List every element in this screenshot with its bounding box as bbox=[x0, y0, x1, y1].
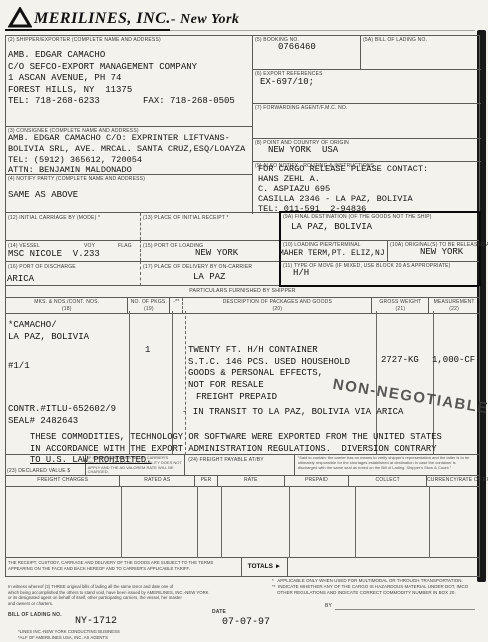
port-loading-value: NEW YORK bbox=[195, 248, 238, 260]
notify-party-label: (4) NOTIFY PARTY (COMPLETE NAME AND ADDR… bbox=[8, 176, 250, 182]
description-main: TWENTY FT. H/H CONTAINER S.T.C. 146 PCS.… bbox=[188, 345, 350, 391]
place-delivery-value: LA PAZ bbox=[193, 272, 225, 284]
freight-header-row: FREIGHT CHARGES RATED AS PER RATE PREPAI… bbox=[6, 476, 479, 487]
footer-date-value: 07-07-97 bbox=[222, 617, 270, 629]
final-destination-label: (9A) FINAL DESTINATION (OF THE GOODS NOT… bbox=[283, 214, 477, 220]
col-weight-num: (21) bbox=[372, 306, 428, 312]
footer-by-line bbox=[335, 609, 475, 610]
col-marks: MKS. & NOS./CONT. NOS. (18) bbox=[6, 298, 128, 313]
consignee-value: AMB. EDGAR CAMACHO C/O: EXPRINTER LIFTVA… bbox=[8, 133, 245, 176]
col-description-label: DESCRIPTION OF PACKAGES AND GOODS bbox=[183, 299, 371, 305]
logo-underline bbox=[5, 29, 170, 31]
measurement-value: 1,000-CF bbox=[432, 355, 475, 367]
originals-value: NEW YORK bbox=[420, 247, 463, 259]
freight-payable-label: (24) FREIGHT PAYABLE AT/BY bbox=[188, 457, 291, 463]
container-seal-value: CONTR.#ITLU-652602/9 SEAL# 2482643 bbox=[8, 404, 116, 427]
vessel-flag-label: FLAG bbox=[118, 243, 132, 249]
seal-note: "Said to contain: the carrier has no mea… bbox=[295, 455, 479, 476]
col-description-num: (20) bbox=[183, 306, 371, 312]
initial-receipt-label: (13) PLACE OF INITIAL RECEIPT * bbox=[143, 215, 277, 221]
col-marks-label: MKS. & NOS./CONT. NOS. bbox=[6, 299, 127, 305]
footer-by-label: BY bbox=[325, 603, 332, 609]
logo-name: MERILINES, INC. bbox=[34, 10, 171, 28]
col-description: DESCRIPTION OF PACKAGES AND GOODS (20) bbox=[183, 298, 372, 313]
freight-col-prepaid: PREPAID bbox=[285, 477, 349, 483]
vessel-value: MSC NICOLE V.233 bbox=[8, 249, 100, 261]
export-statement-end: TO U.S. LAW PROHIBITED. bbox=[30, 455, 151, 467]
particulars-header-row: MKS. & NOS./CONT. NOS. (18) NO. OF PKGS.… bbox=[6, 298, 479, 314]
col-measurement-label: MEASUREMENT bbox=[429, 299, 479, 305]
forwarding-agent-box: (7) FORWARDING AGENT/F.M.C. NO. bbox=[253, 103, 481, 138]
freight-rule-4 bbox=[289, 486, 290, 558]
freight-col-charges: FREIGHT CHARGES bbox=[6, 477, 119, 483]
freight-rule-6 bbox=[429, 486, 430, 558]
col-hm-label: -** bbox=[170, 299, 182, 305]
freight-col-ratedas: RATED AS bbox=[120, 477, 194, 483]
marks-value: *CAMACHO/ LA PAZ, BOLIVIA bbox=[8, 320, 89, 343]
forwarding-agent-label: (7) FORWARDING AGENT/F.M.C. NO. bbox=[255, 105, 479, 111]
receipt-clause: THE RECEIPT, CUSTODY, CARRIAGE AND DELIV… bbox=[6, 558, 242, 577]
freight-payable-box: (24) FREIGHT PAYABLE AT/BY bbox=[185, 455, 295, 476]
footer-bol-label: BILL OF LADING NO. bbox=[8, 612, 62, 618]
description-freight: FREIGHT PREPAID bbox=[196, 392, 277, 404]
initial-carriage-label: (12) INITIAL CARRIAGE BY (MODE) * bbox=[8, 215, 138, 221]
shipper-value: AMB. EDGAR CAMACHO C/O SEFCO-EXPORT MANA… bbox=[8, 50, 235, 108]
initial-receipt-box: (13) PLACE OF INITIAL RECEIPT * bbox=[141, 213, 279, 240]
col-marks-num: (18) bbox=[6, 306, 127, 312]
gross-weight-value: 2727-KG bbox=[381, 355, 419, 367]
freight-rule-1 bbox=[121, 486, 122, 558]
col-measurement: MEASUREMENT (22) bbox=[429, 298, 479, 313]
notify-party-value: SAME AS ABOVE bbox=[8, 190, 78, 202]
col-weight: GROSS WEIGHT (21) bbox=[372, 298, 429, 313]
header-rule bbox=[170, 30, 475, 31]
col-pkgs-num: (19) bbox=[128, 306, 169, 312]
loading-pier-label: (10) LOADING PIER/TERMINAL bbox=[283, 242, 385, 248]
description-transit: - IN TRANSIT TO LA PAZ, BOLIVIA VIA ARIC… bbox=[182, 407, 403, 419]
freight-col-currency: CURRENCY/RATE OF EXCHANGE bbox=[427, 477, 479, 483]
col-weight-label: GROSS WEIGHT bbox=[372, 299, 428, 305]
loading-pier-value: MAHER TERM,PT. ELIZ,NJ bbox=[279, 249, 385, 259]
container-ref-value: #1/1 bbox=[8, 361, 30, 373]
port-discharge-label: (16) PORT OF DISCHARGE bbox=[8, 264, 138, 270]
logo-triangle-icon bbox=[8, 7, 32, 28]
bol-number-box: (5A) BILL OF LADING NO. bbox=[361, 36, 481, 69]
port-discharge-value: ARICA bbox=[7, 274, 34, 286]
freight-rule-2 bbox=[197, 486, 198, 558]
totals-row: THE RECEIPT, CUSTODY, CARRIAGE AND DELIV… bbox=[5, 558, 480, 577]
totals-label: TOTALS ► bbox=[242, 558, 288, 577]
freight-rule-5 bbox=[355, 486, 356, 558]
footer-date-label: DATE bbox=[212, 609, 226, 615]
also-notify-value: FOR CARGO RELEASE PLEASE CONTACT: HANS Z… bbox=[258, 164, 428, 214]
footer-bol-value: NY-1712 bbox=[75, 616, 117, 628]
col-pkgs-label: NO. OF PKGS. bbox=[128, 299, 169, 305]
type-move-label: (11) TYPE OF MOVE (IF MIXED, USE BLOCK 2… bbox=[283, 263, 477, 269]
totals-empty-cell bbox=[288, 558, 479, 577]
freight-rule-3 bbox=[221, 486, 222, 558]
bill-of-lading-document: MERILINES, INC. - New York (2) SHIPPER/E… bbox=[0, 0, 488, 642]
witness-clause: In witness whereof (3) THREE original bi… bbox=[8, 584, 209, 606]
col-pkgs: NO. OF PKGS. (19) bbox=[128, 298, 170, 313]
declared-value-label: (23) DECLARED VALUE $ bbox=[7, 468, 70, 474]
origin-value: NEW YORK USA bbox=[268, 145, 338, 157]
type-move-box: (11) TYPE OF MOVE (IF MIXED, USE BLOCK 2… bbox=[281, 261, 479, 285]
initial-carriage-box: (12) INITIAL CARRIAGE BY (MODE) * bbox=[6, 213, 141, 240]
footer-agent-note: *LINES INC.-NEW YORK CONDUCTING BUSINESS… bbox=[18, 629, 120, 640]
pkgs-value: 1 bbox=[145, 345, 150, 357]
company-logo: MERILINES, INC. - New York bbox=[8, 7, 239, 28]
type-move-value: H/H bbox=[293, 268, 309, 280]
export-statement: THESE COMMODITIES, TECHNOLOGY OR SOFTWAR… bbox=[30, 432, 442, 455]
export-ref-value: EX-697/10; bbox=[260, 77, 314, 89]
final-destination-box: (9A) FINAL DESTINATION (OF THE GOODS NOT… bbox=[281, 213, 479, 240]
booking-value: 0766460 bbox=[278, 42, 316, 54]
freight-col-collect: COLLECT bbox=[349, 477, 426, 483]
freight-table: FREIGHT CHARGES RATED AS PER RATE PREPAI… bbox=[5, 476, 480, 558]
place-delivery-label: (17) PLACE OF DELIVERY BY ON-CARRIER bbox=[143, 264, 277, 270]
particulars-title: PARTICULARS FURNISHED BY SHIPPER bbox=[6, 286, 479, 298]
bol-number-label: (5A) BILL OF LADING NO. bbox=[363, 37, 479, 43]
freight-col-per: PER bbox=[195, 477, 217, 483]
final-destination-value: LA PAZ, BOLIVIA bbox=[291, 222, 477, 234]
logo-suffix: - New York bbox=[171, 12, 240, 28]
shipper-label: (2) SHIPPER/EXPORTER (COMPLETE NAME AND … bbox=[8, 37, 250, 43]
col-measurement-num: (22) bbox=[429, 306, 479, 312]
freight-col-rate: RATE bbox=[218, 477, 284, 483]
footnotes: * APPLICABLE ONLY WHEN USED FOR MULTIMOD… bbox=[272, 578, 468, 595]
